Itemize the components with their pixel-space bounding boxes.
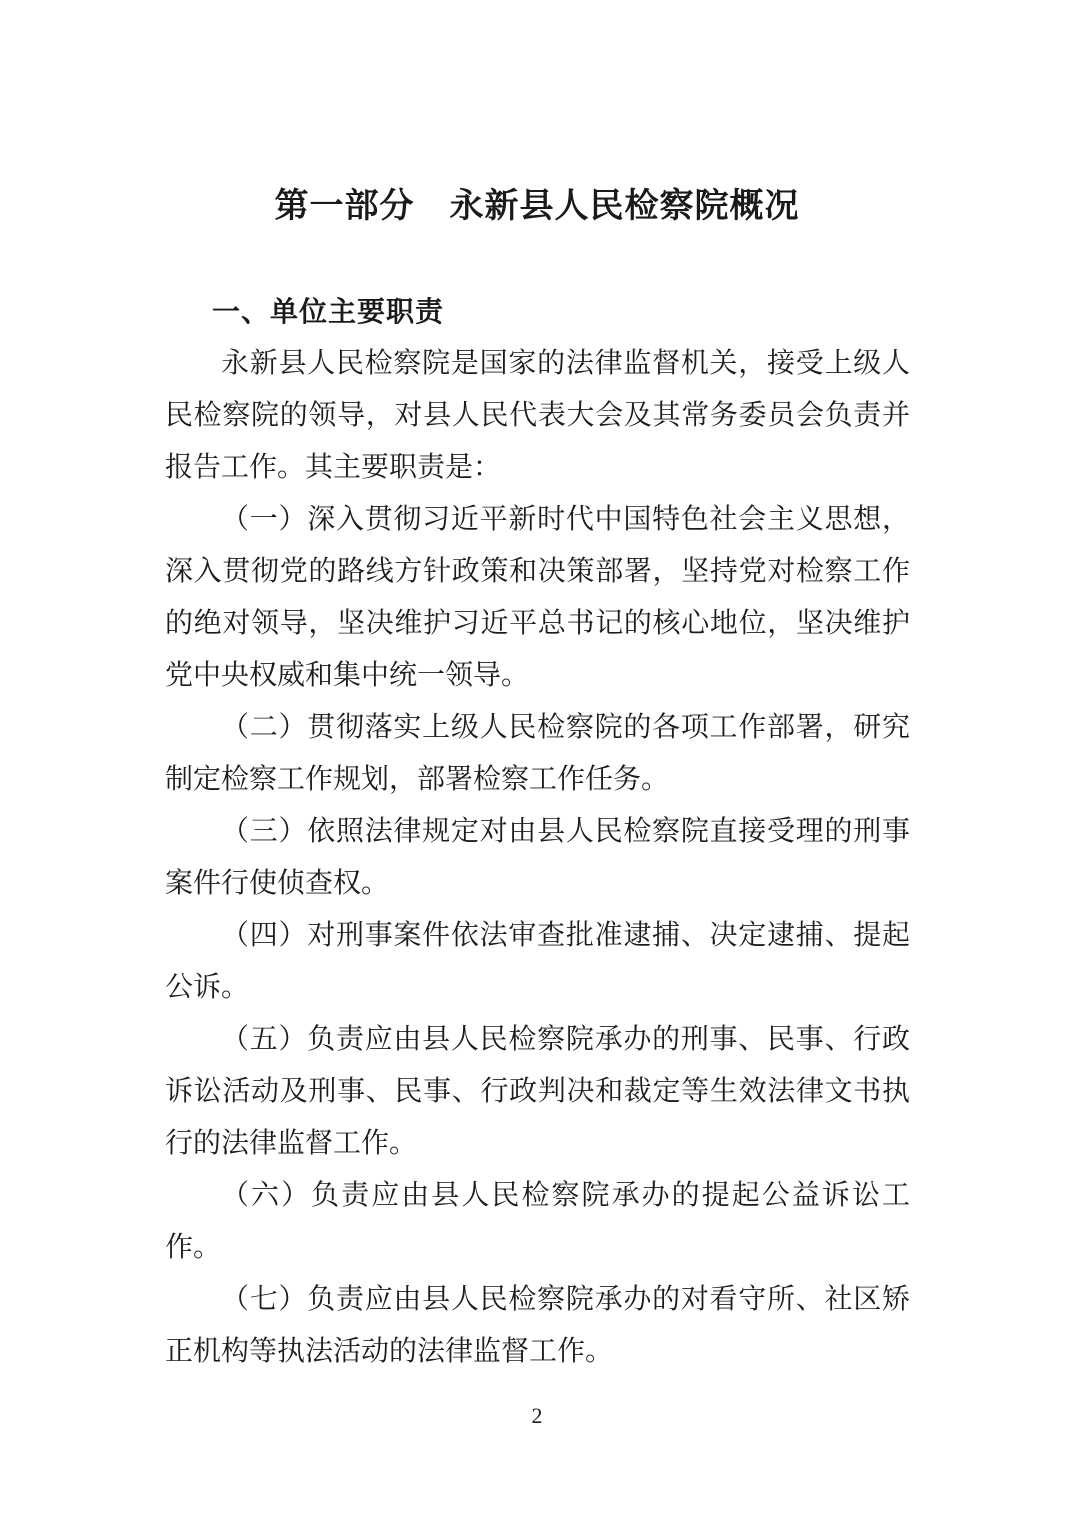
body-paragraph: （五）负责应由县人民检察院承办的刑事、民事、行政诉讼活动及刑事、民事、行政判决和… [165, 1014, 910, 1170]
body-paragraph: （三）依照法律规定对由县人民检察院直接受理的刑事案件行使侦查权。 [165, 806, 910, 910]
body-paragraph: （六）负责应由县人民检察院承办的提起公益诉讼工作。 [165, 1170, 910, 1274]
document-page: 第一部分 永新县人民检察院概况 一、单位主要职责 永新县人民检察院是国家的法律监… [0, 0, 1074, 1520]
page-number: 2 [0, 1401, 1074, 1431]
document-body: 永新县人民检察院是国家的法律监督机关，接受上级人民检察院的领导，对县人民代表大会… [165, 338, 910, 1378]
body-paragraph: 永新县人民检察院是国家的法律监督机关，接受上级人民检察院的领导，对县人民代表大会… [165, 338, 910, 494]
body-paragraph: （一）深入贯彻习近平新时代中国特色社会主义思想，深入贯彻党的路线方针政策和决策部… [165, 494, 910, 702]
body-paragraph: （二）贯彻落实上级人民检察院的各项工作部署，研究制定检察工作规划，部署检察工作任… [165, 702, 910, 806]
body-paragraph: （四）对刑事案件依法审查批准逮捕、决定逮捕、提起公诉。 [165, 910, 910, 1014]
document-title: 第一部分 永新县人民检察院概况 [0, 184, 1074, 230]
section-heading: 一、单位主要职责 [212, 293, 444, 331]
body-paragraph: （七）负责应由县人民检察院承办的对看守所、社区矫正机构等执法活动的法律监督工作。 [165, 1274, 910, 1378]
